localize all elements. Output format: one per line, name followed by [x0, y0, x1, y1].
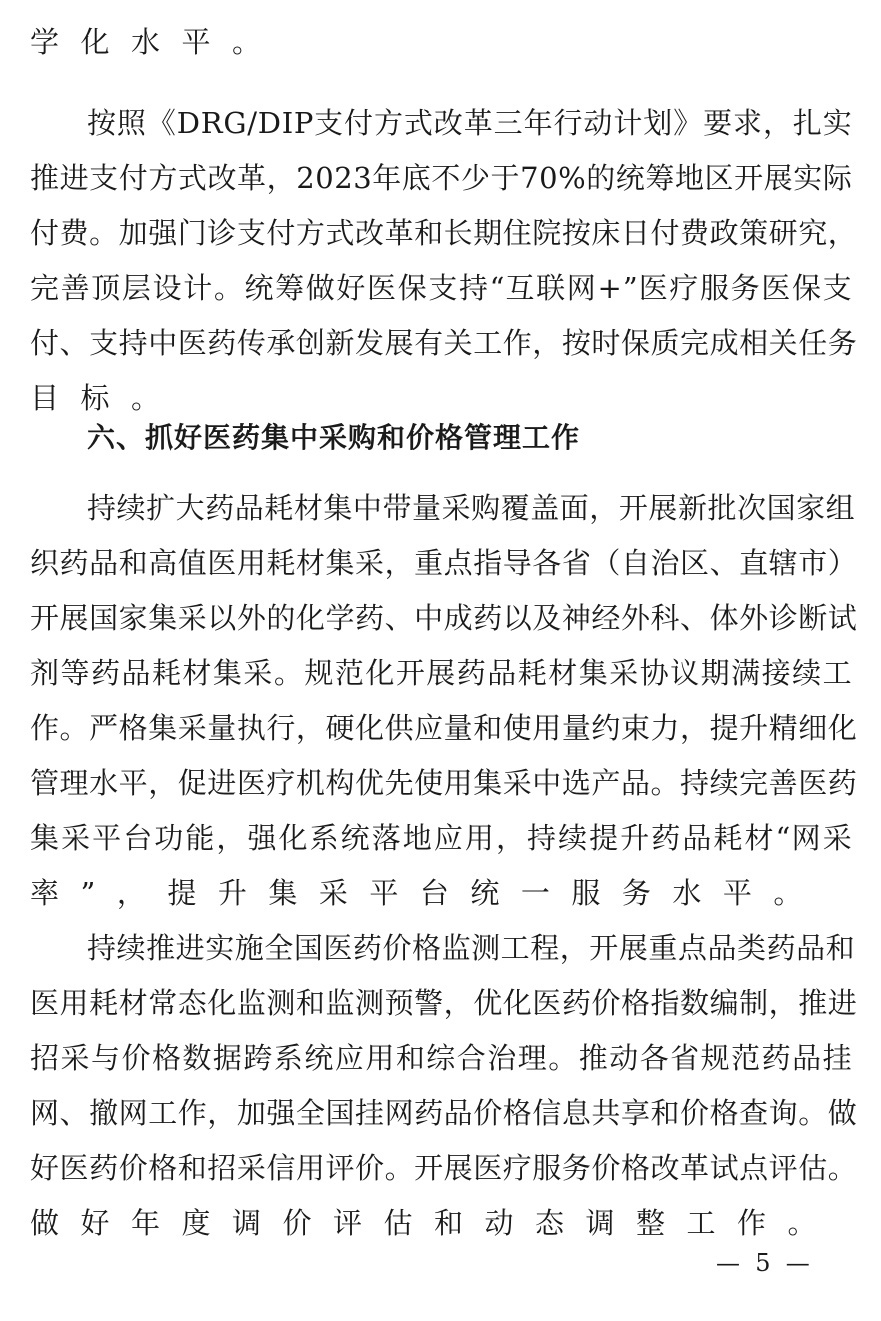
- text-line: 学化水平。: [30, 22, 852, 62]
- page-number: — 5 —: [716, 1245, 810, 1281]
- text-line: 网 、 撤 网 工 作 ， 加 强 全 国 挂 网 药 品 价 格 信 息 共 …: [30, 1093, 852, 1133]
- paragraph-start-line: 按 照 《 D R G / D I P 支 付 方 式 改 革 三 年 行 动 …: [87, 103, 852, 143]
- text-line: 推 进 支 付 方 式 改 革 ， 2 0 2 3 年 底 不 少 于 7 0 …: [30, 158, 852, 198]
- text-line: 医 用 耗 材 常 态 化 监 测 和 监 测 预 警 ， 优 化 医 药 价 …: [30, 983, 852, 1023]
- section-heading: 六、抓好医药集中采购和价格管理工作: [87, 418, 580, 458]
- text-line: 剂 等 药 品 耗 材 集 采 。 规 范 化 开 展 药 品 耗 材 集 采 …: [30, 653, 852, 693]
- text-line: 付 、 支 持 中 医 药 传 承 创 新 发 展 有 关 工 作 ， 按 时 …: [30, 323, 852, 363]
- paragraph-start-line: 持 续 推 进 实 施 全 国 医 药 价 格 监 测 工 程 ， 开 展 重 …: [87, 928, 852, 968]
- paragraph-start-line: 持 续 扩 大 药 品 耗 材 集 中 带 量 采 购 覆 盖 面 ， 开 展 …: [87, 488, 852, 528]
- text-line: 好 医 药 价 格 和 招 采 信 用 评 价 。 开 展 医 疗 服 务 价 …: [30, 1148, 852, 1188]
- text-line: 管 理 水 平 ， 促 进 医 疗 机 构 优 先 使 用 集 采 中 选 产 …: [30, 763, 852, 803]
- text-line: 招 采 与 价 格 数 据 跨 系 统 应 用 和 综 合 治 理 。 推 动 …: [30, 1038, 852, 1078]
- text-line: 目标。: [30, 378, 852, 418]
- text-line: 织 药 品 和 高 值 医 用 耗 材 集 采 ， 重 点 指 导 各 省 （ …: [30, 543, 852, 583]
- text-line: 率”，提升集采平台统一服务水平。: [30, 873, 852, 913]
- text-line: 付 费 。 加 强 门 诊 支 付 方 式 改 革 和 长 期 住 院 按 床 …: [30, 213, 852, 253]
- text-line: 集 采 平 台 功 能 ， 强 化 系 统 落 地 应 用 ， 持 续 提 升 …: [30, 818, 852, 858]
- text-line: 作 。 严 格 集 采 量 执 行 ， 硬 化 供 应 量 和 使 用 量 约 …: [30, 708, 852, 748]
- text-line: 开 展 国 家 集 采 以 外 的 化 学 药 、 中 成 药 以 及 神 经 …: [30, 598, 852, 638]
- text-line: 完 善 顶 层 设 计 。 统 筹 做 好 医 保 支 持 “ 互 联 网 + …: [30, 268, 852, 308]
- text-line: 做好年度调价评估和动态调整工作。: [30, 1203, 852, 1243]
